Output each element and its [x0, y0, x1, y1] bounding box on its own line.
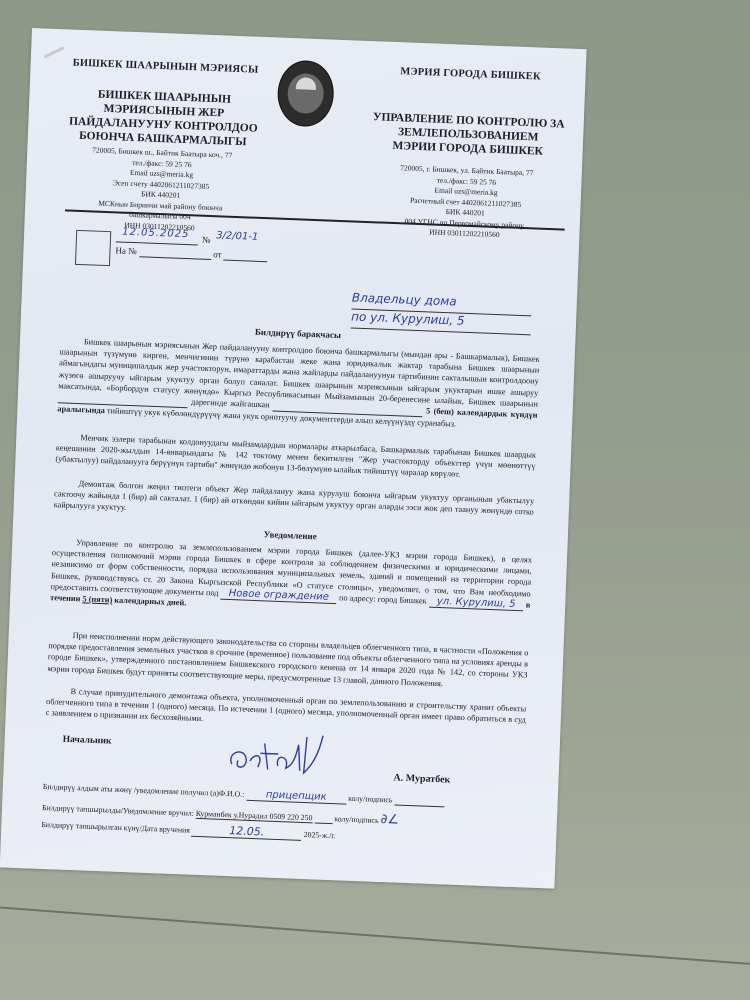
wall-seam [0, 905, 750, 968]
reply-ref: На № от [115, 245, 268, 262]
addressee: Владельцу дома по ул. Курулиш, 5 [351, 290, 532, 335]
address-label: по адресу: город Бишкек [339, 593, 427, 605]
received-label: Билдирүү алдым аты жөнү /уведомление пол… [43, 782, 245, 799]
org-top-ru: МЭРИЯ ГОРОДА БИШКЕК [360, 65, 580, 84]
reply-ref-label: На № [115, 245, 137, 256]
ru-p1-text: Управление по контролю за землепользован… [50, 538, 532, 598]
served-label: Билдирүү тапшырылды/Уведомление вручил: [42, 803, 194, 818]
date-label: Билдирүү тапшырылган күнү/Дата вручения [41, 820, 190, 835]
org-top-kg: БИШКЕК ШААРЫНЫН МЭРИЯСЫ [60, 57, 270, 76]
kg-paragraph-2: Менчик ээлери тарабынан колдонуудагы мый… [55, 431, 536, 483]
ru-paragraph-1: Управление по контролю за землепользован… [50, 536, 532, 622]
registration-stamp-box [75, 230, 111, 266]
ref-number: № [202, 235, 211, 245]
served-value: Курманбек у.Нурадил 0509 220 250 [196, 809, 313, 823]
sign-label: колу/подпись [334, 814, 379, 825]
kg-paragraph-1: Бишкек шаарынын мэриясынын Жер пайдалану… [57, 335, 540, 433]
received-value: прицепщик [246, 789, 346, 805]
sign-label: колу/подпись [348, 794, 393, 805]
header-right: МЭРИЯ ГОРОДА БИШКЕК УПРАВЛЕНИЕ ПО КОНТРО… [354, 65, 580, 244]
kg-paragraph-3: Демонтаж болгон жеңил типтеги объект Жер… [53, 477, 534, 529]
address-handwritten: ул. Курулиш, 5 [429, 595, 524, 611]
reply-from-label: от [213, 249, 222, 259]
term-value: 5 (пяти) [82, 594, 112, 604]
notice-document: БИШКЕК ШААРЫНЫН МЭРИЯСЫ БИШКЕК ШААРЫНЫН … [0, 28, 587, 889]
kg-p1-mid: дарегинде жайгашкан [191, 397, 270, 409]
signer-name: А. Муратбек [393, 772, 450, 785]
state-emblem-icon [276, 60, 334, 128]
org-name-kg: БИШКЕК ШААРЫНЫН МЭРИЯСЫНЫН ЖЕР ПАЙДАЛАНУ… [58, 86, 270, 150]
ru-paragraph-2: При неисполнении норм действующего закон… [47, 629, 528, 692]
term-end: календарных дней. [114, 596, 186, 608]
org-name-ru: УПРАВЛЕНИЕ ПО КОНТРОЛЮ ЗА ЗЕМЛЕПОЛЬЗОВАН… [357, 110, 578, 160]
signature-icon [223, 722, 335, 786]
date-value: 12.05. [192, 823, 302, 841]
year-suffix: 2025-ж./г. [303, 830, 335, 840]
address-kg: 720005, Бишкек ш., Байтик Баатыра коч., … [54, 144, 267, 236]
signer-position: Начальник [63, 735, 112, 747]
ref-number-handwritten: 3/2/01-1 [216, 230, 259, 243]
header-left: БИШКЕК ШААРЫНЫН МЭРИЯСЫ БИШКЕК ШААРЫНЫН … [54, 57, 270, 236]
address-ru: 720005, г. Бишкек, ул. Байтик Баатыра, 7… [354, 162, 577, 244]
ref-number-label: № [202, 235, 211, 245]
